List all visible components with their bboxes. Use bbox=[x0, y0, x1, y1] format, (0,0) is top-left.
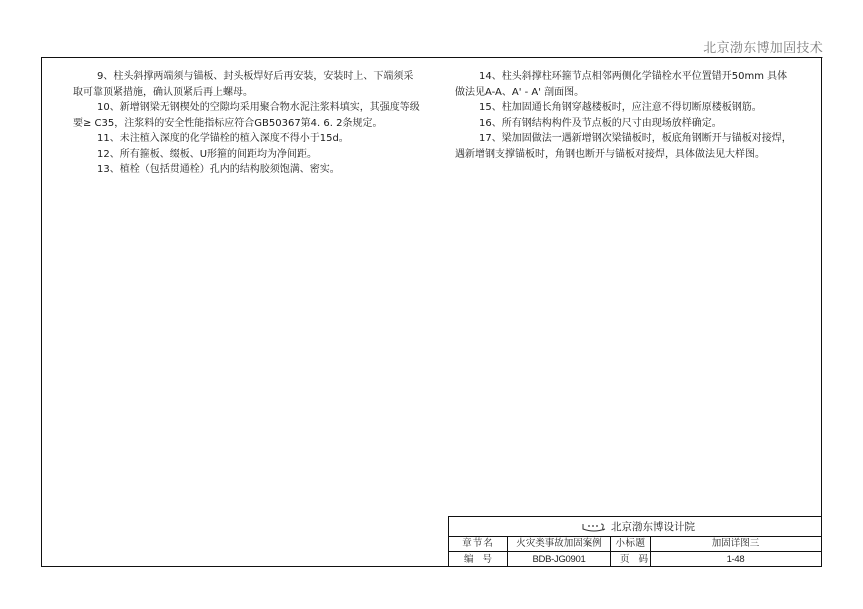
chapter-value: 火灾类事故加固案例 bbox=[508, 536, 611, 551]
note-14: 14、柱头斜撑柱环箍节点相邻两侧化学锚栓水平位置错开50mm 具体做法见A-A、… bbox=[455, 69, 795, 100]
title-block-row-number: 编号 BDB-JG0901 页码 1-48 bbox=[449, 552, 821, 567]
chapter-label: 章节名 bbox=[449, 536, 508, 551]
institute-logo-icon bbox=[581, 522, 607, 532]
page-value: 1-48 bbox=[651, 552, 820, 567]
title-block-organization-row: 北京渤东博设计院 bbox=[449, 517, 821, 537]
number-label: 编号 bbox=[449, 552, 508, 567]
title-block: 北京渤东博设计院 章节名 火灾类事故加固案例 小标题 加固详图三 编号 BDB-… bbox=[448, 516, 821, 566]
title-block-row-chapter: 章节名 火灾类事故加固案例 小标题 加固详图三 bbox=[449, 536, 821, 552]
note-15: 15、柱加固通长角钢穿越楼板时，应注意不得切断原楼板钢筋。 bbox=[455, 100, 795, 116]
note-16: 16、所有钢结构构件及节点板的尺寸由现场放样确定。 bbox=[455, 116, 795, 132]
note-17: 17、梁加固做法一遇新增钢次梁锚板时，板底角钢断开与锚板对接焊，遇新增钢支撑锚板… bbox=[455, 131, 795, 162]
organization-name: 北京渤东博设计院 bbox=[611, 519, 695, 534]
number-value: BDB-JG0901 bbox=[508, 552, 611, 567]
note-13: 13、植栓（包括贯通栓）孔内的结构胶须饱满、密实。 bbox=[73, 162, 423, 178]
page-label: 页码 bbox=[611, 552, 651, 567]
subtitle-value: 加固详图三 bbox=[651, 536, 820, 551]
note-11: 11、未注植入深度的化学锚栓的植入深度不得小于15d。 bbox=[73, 131, 423, 147]
subtitle-label: 小标题 bbox=[611, 536, 651, 551]
note-9: 9、柱头斜撑两端须与锚板、封头板焊好后再安装，安装时上、下端须采取可靠顶紧措施，… bbox=[73, 69, 423, 100]
note-12: 12、所有箍板、缀板、U形箍的间距均为净间距。 bbox=[73, 147, 423, 163]
notes-right-column: 14、柱头斜撑柱环箍节点相邻两侧化学锚栓水平位置错开50mm 具体做法见A-A、… bbox=[455, 69, 795, 162]
notes-left-column: 9、柱头斜撑两端须与锚板、封头板焊好后再安装，安装时上、下端须采取可靠顶紧措施，… bbox=[73, 69, 423, 178]
note-10: 10、新增钢梁无钢楔处的空隙均采用聚合物水泥注浆料填实，其强度等级要≥ C35，… bbox=[73, 100, 423, 131]
header-brand: 北京渤东博加固技术 bbox=[673, 41, 823, 58]
